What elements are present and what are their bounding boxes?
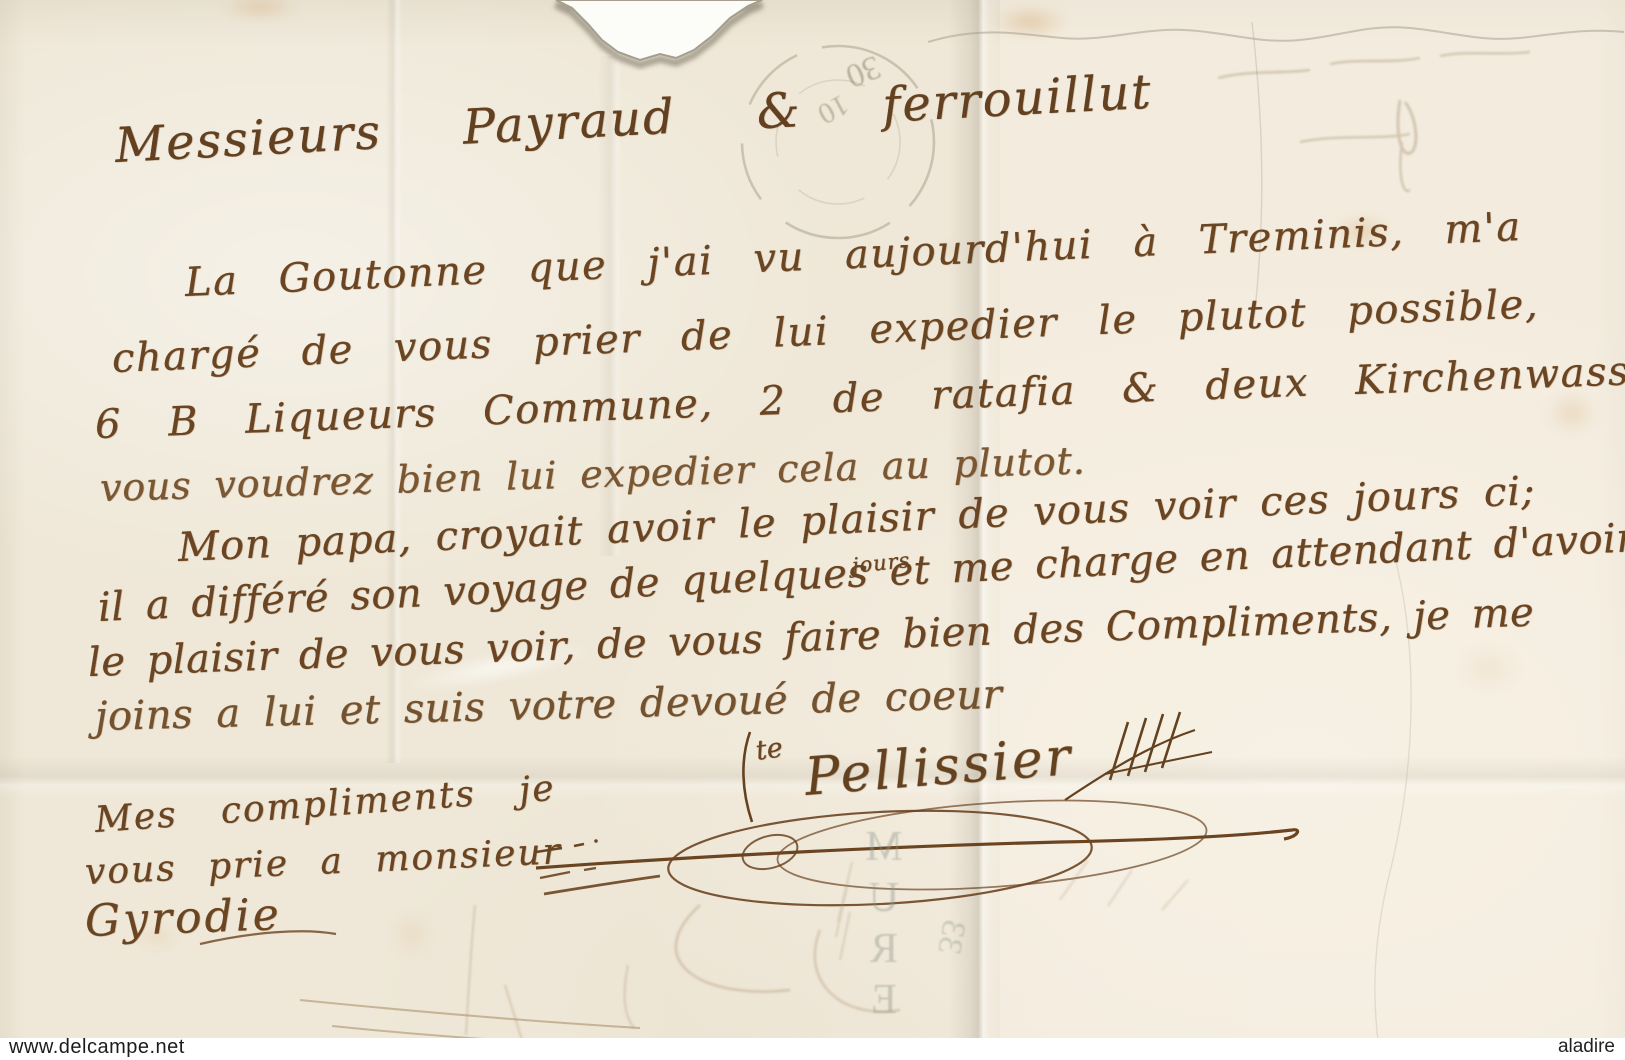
ghost-postmark-digits: 33 <box>929 917 972 957</box>
scanned-letter-photo: 30 10 MURE 33 Messieurs Payraud & ferrou… <box>0 0 1625 1060</box>
foxing-stain <box>380 898 444 972</box>
delcampe-watermark: www.delcampe.net <box>9 1036 185 1059</box>
signature-prefix: te <box>754 732 785 766</box>
paper-tear <box>556 0 762 65</box>
salutation-line: Messieurs Payraud & ferrouillut <box>114 64 1154 174</box>
foxing-stain <box>205 0 315 24</box>
body-line: joins a lui et suis votre devoué de coeu… <box>94 672 1002 740</box>
postmark-circle <box>742 46 934 238</box>
ghost-postmark-letters: MURE <box>860 824 908 1034</box>
foxing-stain <box>1440 632 1536 706</box>
bleedthrough-writing-top <box>1218 52 1530 191</box>
seller-watermark: aladire <box>1558 1036 1615 1058</box>
postscript-line: Gyrodie <box>84 889 282 947</box>
foxing-stain <box>975 0 1085 44</box>
signature-paraph-loops <box>536 788 1298 915</box>
postscript-line: vous prie a monsieur <box>84 831 563 893</box>
postscript-line: Mes compliments je <box>94 768 557 841</box>
pencil-wavy-line <box>928 27 1624 42</box>
watermark-strip: www.delcampe.net aladire <box>0 1038 1625 1060</box>
signature-name: Pellissier <box>803 727 1076 808</box>
bleedthrough-loops-bottom <box>466 860 1188 1040</box>
